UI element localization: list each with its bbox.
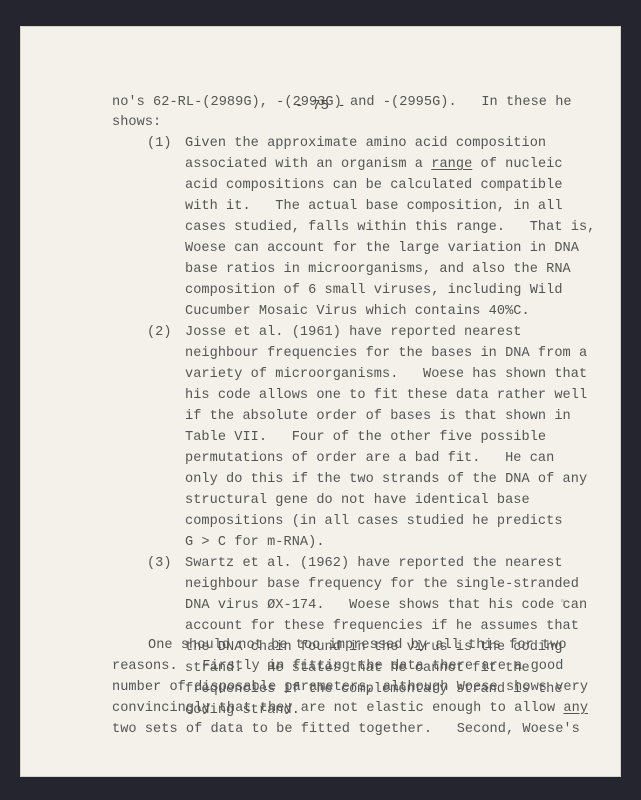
item-1-line: Given the approximate amino acid composi… [185,134,546,154]
item-2-line: only do this if the two strands of the D… [185,470,587,490]
underlined-any: any [563,701,588,716]
item-1-line: acid compositions can be calculated comp… [185,176,563,196]
closing-line: reasons. Firstly in fitting the data the… [112,657,563,677]
item-2-line: variety of microorganisms. Woese has sho… [185,365,587,385]
underlined-range: range [431,157,472,172]
item-2-line: permutations of order are a bad fit. He … [185,449,554,469]
item-1-line: cases studied, falls within this range. … [185,218,595,238]
item-2-line: compositions (in all cases studied he pr… [185,512,563,532]
intro-line-1: no's 62-RL-(2989G), -(2993G) and -(2995G… [112,93,572,113]
item-2-line: if the absolute order of bases is that s… [185,407,571,427]
item-1-line: Cucumber Mosaic Virus which contains 40%… [185,302,530,322]
intro-line-2: shows: [112,113,161,133]
item-1-line-2-tail: of nucleic [472,157,562,172]
item-3-line: DNA virus ØX-174. Woese shows that his c… [185,596,587,616]
closing-line-4-head: convincingly that they are not elastic e… [112,701,563,716]
item-1-line: Woese can account for the large variatio… [185,239,579,259]
item-3-marker: (3) [147,554,171,574]
closing-line: One should not be too impressed by all t… [148,636,567,656]
item-3-line: Swartz et al. (1962) have reported the n… [185,554,563,574]
item-2-line: structural gene do not have identical ba… [185,491,530,511]
item-2-line: neighbour frequencies for the bases in D… [185,344,587,364]
item-1-line: base ratios in microorganisms, and also … [185,260,571,280]
closing-line: number of disposable parameters, althoug… [112,678,588,698]
item-2-marker: (2) [147,323,171,343]
item-2-line: Table VII. Four of the other five possib… [185,428,546,448]
item-2-line: G > C for m-RNA). [185,533,325,553]
closing-line: convincingly that they are not elastic e… [112,699,588,719]
item-1-marker: (1) [147,134,171,154]
item-1-line: with it. The actual base composition, in… [185,197,563,217]
item-3-line: account for these frequencies if he assu… [185,617,579,637]
item-3-line: neighbour base frequency for the single-… [185,575,579,595]
item-2-line: his code allows one to fit these data ra… [185,386,587,406]
item-2-line: Josse et al. (1961) have reported neares… [185,323,522,343]
item-1-line: composition of 6 small viruses, includin… [185,281,563,301]
paper-speck [561,599,564,602]
closing-line: two sets of data to be fitted together. … [112,720,580,740]
item-1-line: associated with an organism a range of n… [185,155,563,175]
item-1-line-2-head: associated with an organism a [185,157,431,172]
